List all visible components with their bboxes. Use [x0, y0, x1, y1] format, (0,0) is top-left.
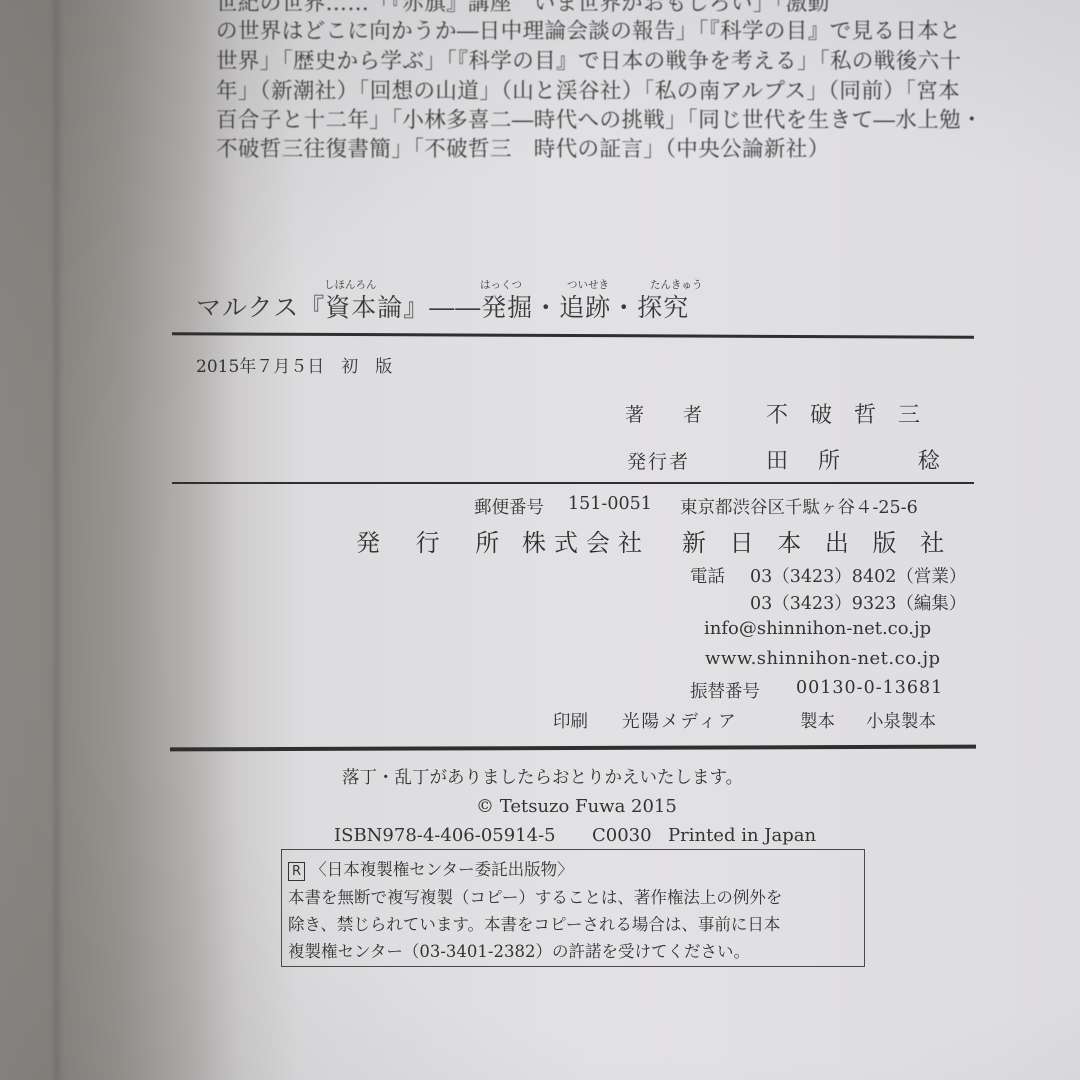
publisher-person-given: 稔 [918, 444, 940, 475]
printing-label: 印刷 [553, 708, 588, 733]
bibliography-line: 不破哲三往復書簡」「不破哲三 時代の証言」（中央公論新社） [216, 132, 830, 163]
office-label: 発 行 所 [356, 523, 513, 558]
rule-top [172, 332, 974, 338]
author-name: 不破哲三 [766, 398, 942, 429]
isbn: ISBN978-4-406-05914-5 [334, 825, 556, 846]
company-name: 株式会社 新 日 本 出 版 社 [522, 523, 952, 558]
rule-bottom [170, 745, 976, 752]
bibliography-line: 百合子と十二年」「小林多喜二―時代への挑戦」「同じ世代を生きて―水上勉・ [216, 103, 983, 134]
replacement-note: 落丁・乱丁がありましたらおとりかえいたします。 [342, 764, 743, 789]
notice-heading-row: R 〈日本複製権センター委託出版物〉 [288, 856, 574, 881]
printer-name: 光陽メディア [622, 708, 738, 733]
email-link[interactable]: info@shinnihon-net.co.jp [704, 618, 931, 639]
classification-code: C0030 [592, 825, 652, 846]
phone-editorial: 03（3423）9323（編集） [750, 590, 966, 615]
website-link[interactable]: www.shinnihon-net.co.jp [705, 648, 941, 669]
notice-line: 本書を無断で複写複製（コピー）することは、著作権法上の例外を [288, 884, 782, 908]
postal-code: 151-0051 [568, 494, 652, 514]
binder-name: 小泉製本 [866, 708, 936, 733]
binding-label: 製本 [800, 708, 835, 733]
address: 東京都渋谷区千駄ヶ谷４-25-6 [680, 494, 918, 519]
phone-sales: 03（3423）8402（営業） [750, 563, 966, 588]
publisher-person-family: 田所 [766, 444, 870, 475]
transfer-number: 00130-0-13681 [796, 678, 943, 698]
bibliography-line: 世界」「歴史から学ぶ」「『科学の目』で日本の戦争を考える」「私の戦後六十 [216, 44, 961, 75]
copyright: © Tetsuzo Fuwa 2015 [476, 796, 677, 817]
notice-heading: 〈日本複製権センター委託出版物〉 [310, 860, 573, 879]
notice-line: 除き、禁じられています。本書をコピーされる場合は、事前に日本 [288, 911, 780, 935]
book-title: マルクス『資本論』――発掘・追跡・探究 [196, 288, 689, 324]
notice-line: 複製権センター（03-3401-2382）の許諾を受けてください。 [288, 938, 750, 962]
postal-label: 郵便番号 [474, 494, 544, 519]
transfer-label: 振替番号 [690, 678, 760, 703]
jrrc-r-mark-icon: R [288, 862, 305, 881]
publisher-person-label: 発行者 [627, 447, 690, 474]
rule-middle [172, 482, 974, 484]
edition-date: 2015年７月５日 初 版 [196, 352, 392, 377]
author-label: 著 者 [625, 400, 712, 427]
bibliography-line: の世界はどこに向かうか―日中理論会談の報告」「『科学の目』で見る日本と [216, 14, 961, 45]
printed-in: Printed in Japan [668, 825, 816, 846]
phone-label: 電話 [690, 563, 725, 588]
bibliography-line: 年」（新潮社）「回想の山道」（山と渓谷社）「私の南アルプス」（同前）「宮本 [216, 74, 960, 105]
